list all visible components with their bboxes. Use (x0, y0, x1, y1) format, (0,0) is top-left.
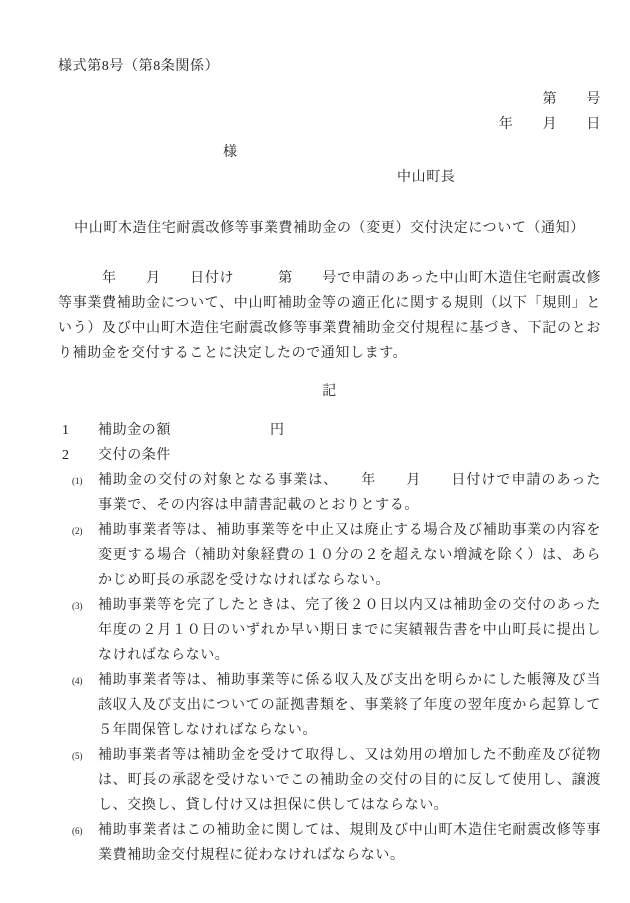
item-number: 1 (58, 418, 98, 443)
condition-item-4: (4) 補助事業者等は、補助事業等に係る収入及び支出を明らかにした帳簿及び当該収… (58, 668, 601, 743)
condition-text: 補助事業等を完了したときは、完了後２０日以内又は補助金の交付のあった年度の２月１… (98, 598, 601, 663)
document-page: 様式第8号（第8条関係） 第 号 年 月 日 様 中山町長 中山町木造住宅耐震改… (0, 0, 630, 903)
condition-item-2: (2) 補助事業者等は、補助事業等を中止又は廃止する場合及び補助事業の内容を変更… (58, 518, 601, 593)
item-grant-conditions: 2交付の条件 (58, 443, 601, 468)
condition-marker: (1) (72, 469, 96, 494)
items-list: 1補助金の額円 2交付の条件 (1) 補助金の交付の対象となる事業は、 年 月 … (58, 418, 601, 868)
condition-item-6: (6) 補助事業者はこの補助金に関しては、規則及び中山町木造住宅耐震改修等事業費… (58, 818, 601, 868)
condition-marker: (6) (72, 819, 96, 844)
document-number-line: 第 号 (58, 87, 601, 112)
condition-marker: (5) (72, 744, 96, 769)
addressee-honorific: 様 (58, 140, 601, 165)
sender-name: 中山町長 (58, 165, 601, 190)
date-line: 年 月 日 (58, 112, 601, 137)
condition-text: 補助事業者はこの補助金に関しては、規則及び中山町木造住宅耐震改修等事業費補助金交… (98, 823, 601, 863)
item-label: 交付の条件 (98, 443, 270, 468)
condition-item-3: (3) 補助事業等を完了したときは、完了後２０日以内又は補助金の交付のあった年度… (58, 593, 601, 668)
condition-marker: (3) (72, 594, 96, 619)
form-number-label: 様式第8号（第8条関係） (58, 54, 601, 79)
condition-marker: (2) (72, 519, 96, 544)
condition-text: 補助事業者等は補助金を受けて取得し、又は効用の増加した不動産及び従物は、町長の承… (98, 748, 601, 813)
document-title: 中山町木造住宅耐震改修等事業費補助金の（変更）交付決定について（通知） (58, 216, 601, 241)
condition-text: 補助金の交付の対象となる事業は、 年 月 日付けで申請のあった事業で、その内容は… (98, 473, 601, 513)
condition-item-1: (1) 補助金の交付の対象となる事業は、 年 月 日付けで申請のあった事業で、そ… (58, 468, 601, 518)
condition-marker: (4) (72, 669, 96, 694)
condition-text: 補助事業者等は、補助事業等に係る収入及び支出を明らかにした帳簿及び当該収入及び支… (98, 673, 601, 738)
item-number: 2 (58, 443, 98, 468)
item-value: 円 (270, 418, 285, 443)
condition-text: 補助事業者等は、補助事業等を中止又は廃止する場合及び補助事業の内容を変更する場合… (98, 523, 601, 588)
record-heading: 記 (58, 379, 601, 404)
body-paragraph: 年 月 日付け 第 号で申請のあった中山町木造住宅耐震改修等事業費補助金について… (58, 266, 601, 366)
item-label: 補助金の額 (98, 418, 270, 443)
condition-item-5: (5) 補助事業者等は補助金を受けて取得し、又は効用の増加した不動産及び従物は、… (58, 743, 601, 818)
item-subsidy-amount: 1補助金の額円 (58, 418, 601, 443)
